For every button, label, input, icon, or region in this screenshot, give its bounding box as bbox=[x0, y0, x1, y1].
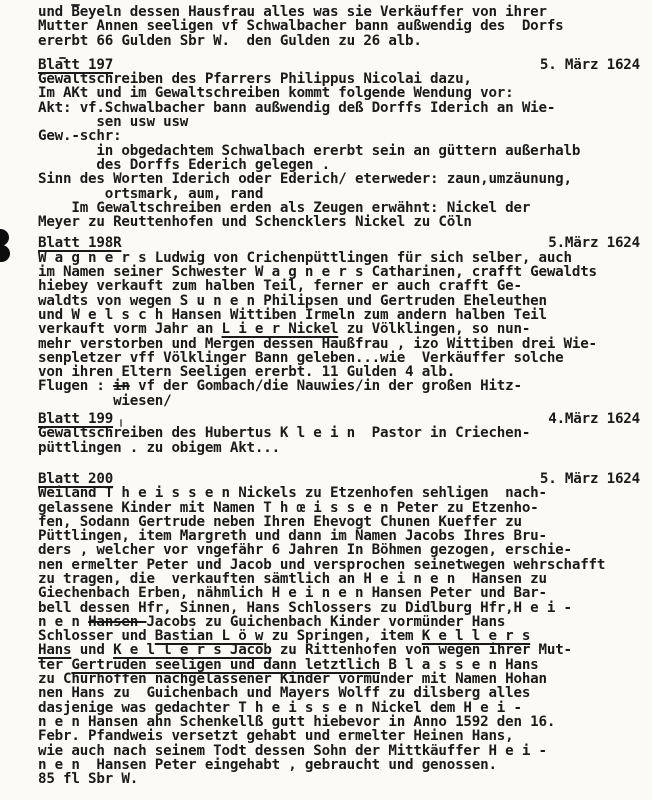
text-line: im Namen seiner Schwester W a g n e r s … bbox=[38, 265, 644, 279]
text-line: ererbt 66 Gulden Sbr W. den Gulden zu 26… bbox=[38, 34, 644, 48]
text-line: zu tragen, die verkauften sämtlich an H … bbox=[38, 572, 644, 586]
blatt-number: Blatt 200 bbox=[38, 472, 113, 486]
ink-blot-top bbox=[0, 229, 9, 246]
scanned-document: und Beyeln dessen Hausfrau alles was sie… bbox=[38, 5, 644, 786]
text-line: dasjenige was gedachter T h e i s s e n … bbox=[38, 701, 644, 715]
text-line: senpletzer vff Völklinger Bann geleben..… bbox=[38, 351, 644, 365]
text-line: Gewaltschreiben des Hubertus K l e i n P… bbox=[38, 426, 644, 440]
blatt-number: Blatt 197 bbox=[38, 58, 113, 72]
text-line: des Dorffs Ederich gelegen . bbox=[38, 158, 644, 172]
text-line: nen ermelter Peter und Jacob und verspro… bbox=[38, 558, 644, 572]
text-line: von ihren Eltern Seeligen ererbt. 11 Gul… bbox=[38, 365, 644, 379]
text-line: Gewaltschreiben des Pfarrers Philippus N… bbox=[38, 72, 644, 86]
text-line: W a g n e r s Ludwig von Crichenpüttling… bbox=[38, 251, 644, 265]
text-line: in obgedachtem Schwalbach ererbt sein an… bbox=[38, 144, 644, 158]
text-line: zu Churhoffen nachgelassener Kinder vorm… bbox=[38, 672, 644, 686]
text-line: verkauft vorm Jahr an L i e r Nickel zu … bbox=[38, 322, 644, 336]
text-segment: wiesen/ bbox=[38, 393, 171, 409]
text-line: gelassene Kinder mit Namen T h œ i s s e… bbox=[38, 501, 644, 515]
text-line: mehr verstorben und Mergen dessen Haußfr… bbox=[38, 337, 644, 351]
text-line: Püttlingen, item Margreth und dann im Na… bbox=[38, 529, 644, 543]
text-line: und W e l s c h Hansen Wittiben Irmeln z… bbox=[38, 308, 644, 322]
text-line: Hans und K e l l e r s Jacob zu Rittenho… bbox=[38, 643, 644, 657]
text-line: Flugen : in vf der Gombach/die Nauwies/i… bbox=[38, 379, 644, 393]
text-line: ter Gertruden seeligen und dann letztlic… bbox=[38, 658, 644, 672]
text-line: Weiland T h e i s s e n Nickels zu Etzen… bbox=[38, 486, 644, 500]
text-line: n e n Hansen-Jacobs zu Guichenbach Kinde… bbox=[38, 615, 644, 629]
text-line: Im Gewaltschreiben erden als Zeugen erwä… bbox=[38, 201, 644, 215]
text-line: Im AKt und im Gewaltschreiben kommt folg… bbox=[38, 86, 644, 100]
text-line: ortsmark, aum, rand bbox=[38, 187, 644, 201]
text-line: sen usw usw bbox=[38, 115, 644, 129]
entry-date: 5.März 1624 bbox=[548, 236, 640, 250]
text-line: Schlosser und Bastian L ö w zu Springen,… bbox=[38, 629, 644, 643]
text-line: ders , welcher vor vngefähr 6 Jahren In … bbox=[38, 543, 644, 557]
text-line: und Beyeln dessen Hausfrau alles was sie… bbox=[38, 5, 644, 19]
text-segment: vf der Gombach/die Nauwies/in der großen… bbox=[130, 378, 522, 394]
text-line: Akt: vf.Schwalbacher bann außwendig deß … bbox=[38, 101, 644, 115]
text-line: hiebey verkauft zum halben Teil, ferner … bbox=[38, 279, 644, 293]
ink-blot-bottom bbox=[0, 245, 10, 262]
text-line: Meyer zu Reuttenhofen und Schencklers Ni… bbox=[38, 215, 644, 229]
text-line: waldts von wegen S u n e n Philipsen und… bbox=[38, 294, 644, 308]
text-segment: ererbt 66 Gulden Sbr W. den Gulden zu 26… bbox=[38, 33, 422, 49]
text-line: wiesen/ bbox=[38, 394, 644, 408]
text-line: Gew.-schr: bbox=[38, 129, 644, 143]
blatt-heading: Blatt 2005. März 1624 bbox=[38, 472, 640, 486]
block-gap bbox=[38, 455, 644, 472]
entry-date: 5. März 1624 bbox=[540, 472, 640, 486]
text-line: püttlingen . zu obigem Akt... bbox=[38, 441, 644, 455]
text-line: wie auch nach seinem Todt dessen Sohn de… bbox=[38, 744, 644, 758]
blatt-heading: Blatt 1994.März 1624 bbox=[38, 412, 640, 426]
text-line: n e n Hansen Peter eingehabt , gebraucht… bbox=[38, 758, 644, 772]
text-segment: püttlingen . zu obigem Akt... bbox=[38, 440, 280, 456]
blatt-heading: Blatt 198R5.März 1624 bbox=[38, 236, 640, 250]
text-segment: Meyer zu Reuttenhofen und Schencklers Ni… bbox=[38, 214, 472, 230]
blatt-number: Blatt 198R bbox=[38, 236, 121, 250]
text-line: nen Hans zu Guichenbach und Mayers Wolff… bbox=[38, 686, 644, 700]
text-line: n e n Hansen ahn Schenkellß gutt hiebevo… bbox=[38, 715, 644, 729]
text-line: bell dessen Hfr, Sinnen, Hans Schlossers… bbox=[38, 601, 644, 615]
ink-blot bbox=[0, 229, 12, 265]
text-line: Mutter Annen seeligen vf Schwalbacher ba… bbox=[38, 19, 644, 33]
blatt-heading: Blatt 1975. März 1624 bbox=[38, 58, 640, 72]
text-line: Giechenbach Erben, nähmlich H e i n e n … bbox=[38, 586, 644, 600]
text-segment: 85 fl Sbr W. bbox=[38, 771, 138, 787]
entry-date: 4.März 1624 bbox=[548, 412, 640, 426]
blatt-number: Blatt 199 bbox=[38, 412, 113, 426]
text-line: Sinn des Worten Iderich oder Ederich/ et… bbox=[38, 172, 644, 186]
text-line: 85 fl Sbr W. bbox=[38, 772, 644, 786]
text-line: fen, Sodann Gertrude neben Ihren Ehevogt… bbox=[38, 515, 644, 529]
text-line: Febr. Pfandweis versetzt gehabt und erme… bbox=[38, 729, 644, 743]
entry-date: 5. März 1624 bbox=[540, 58, 640, 72]
